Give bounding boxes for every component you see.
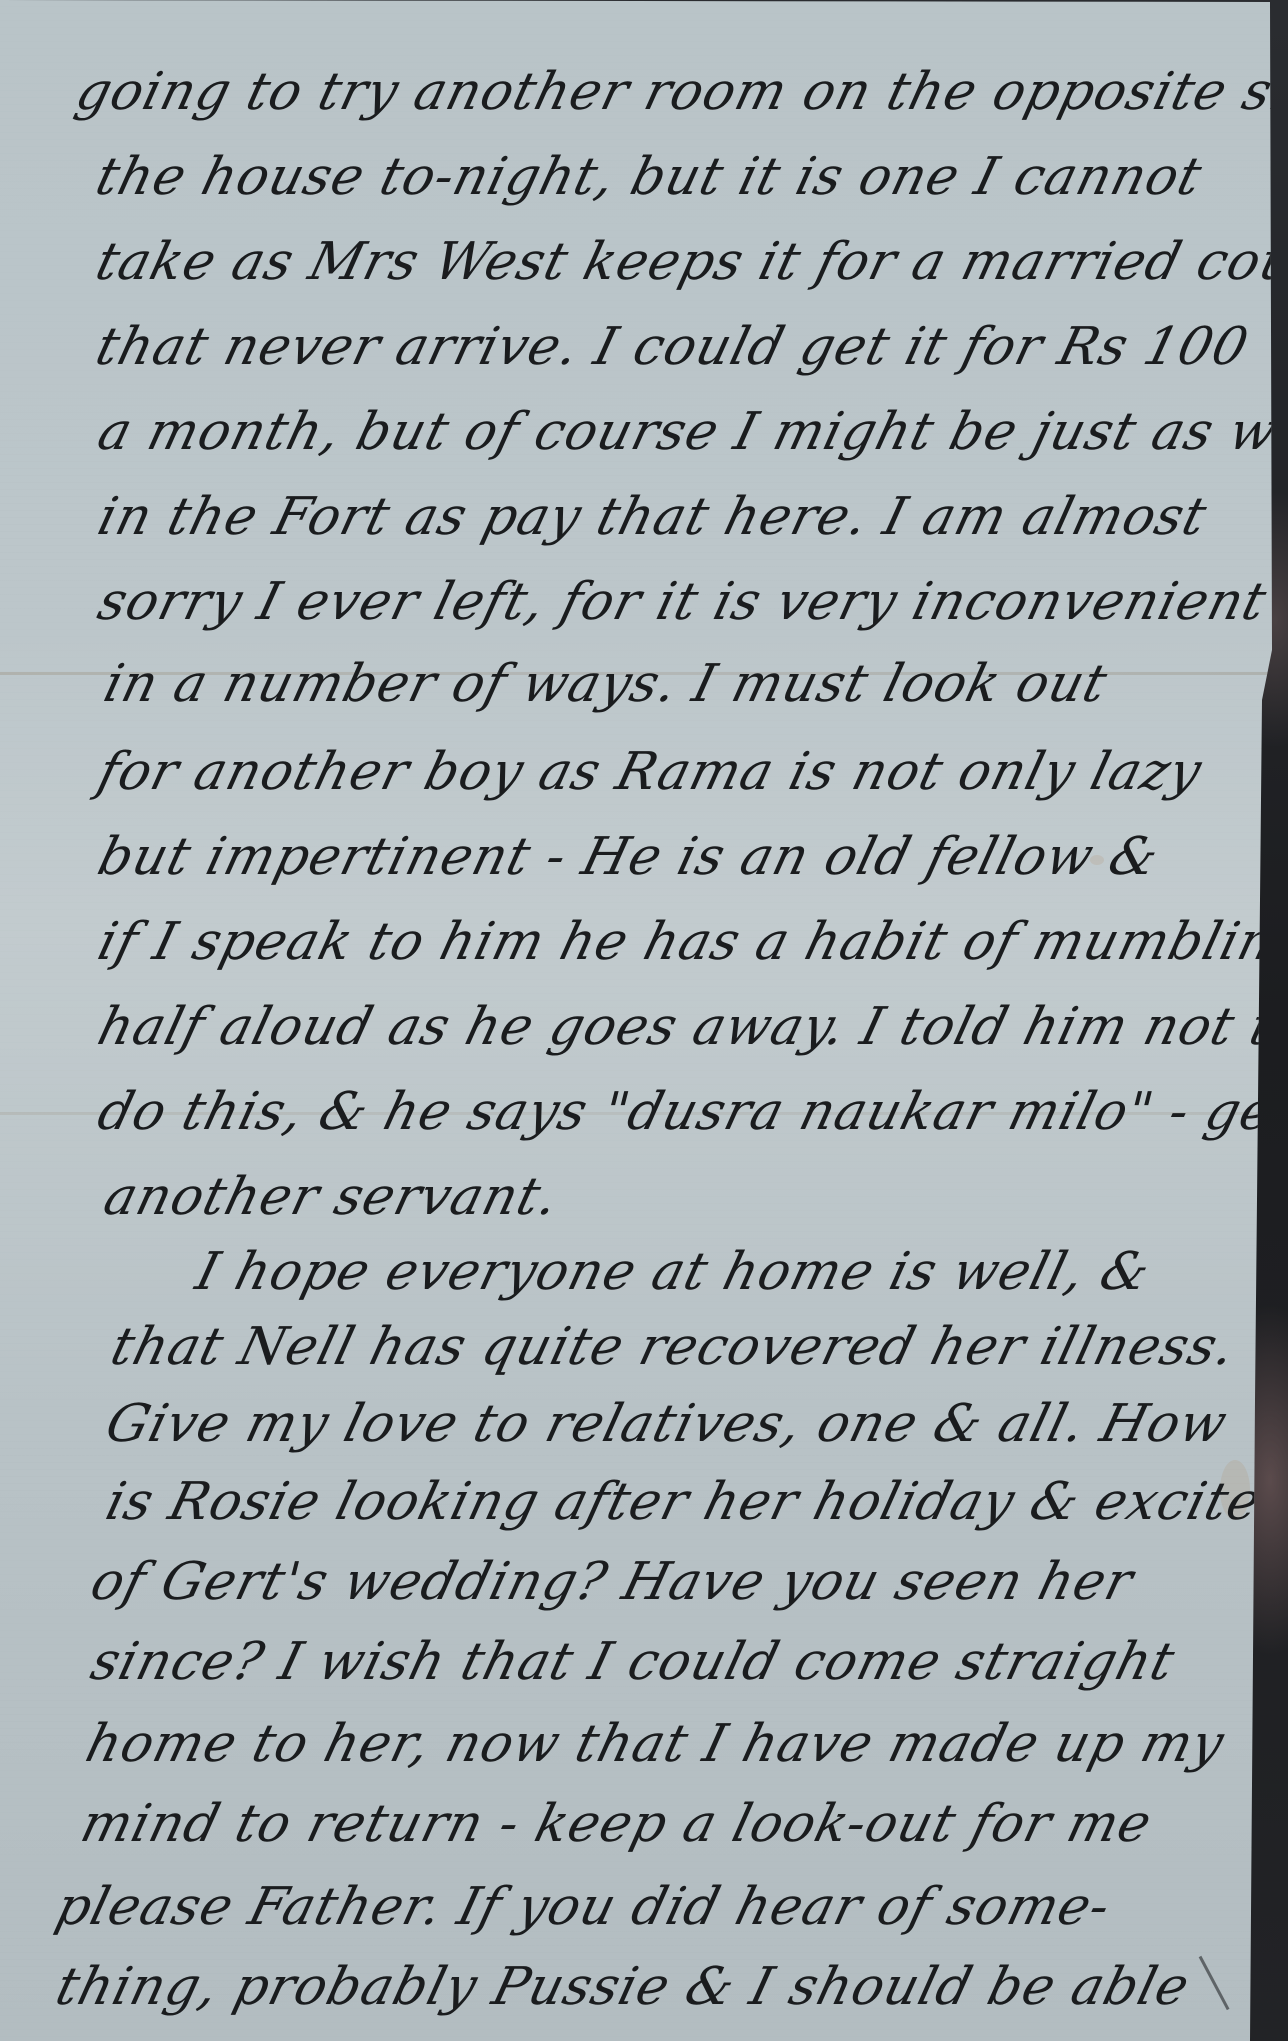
letter-line: sorry I ever left, for it is very inconv… bbox=[92, 572, 1273, 632]
letter-line: please Father. If you did hear of some- bbox=[50, 1877, 1117, 1937]
letter-line: a month, but of course I might be just a… bbox=[92, 402, 1288, 462]
letter-line: that never arrive. I could get it for Rs… bbox=[90, 317, 1255, 377]
letter-line: in a number of ways. I must look out bbox=[98, 654, 1114, 714]
letter-line: home to her, now that I have made up my bbox=[80, 1714, 1230, 1774]
letter-line: another servant. bbox=[98, 1167, 565, 1227]
letter-line: of Gert's wedding? Have you seen her bbox=[85, 1552, 1139, 1612]
letter-line: in the Fort as pay that here. I am almos… bbox=[92, 487, 1213, 547]
letter-line: that Nell has quite recovered her illnes… bbox=[105, 1317, 1242, 1377]
letter-line: mind to return - keep a look-out for me bbox=[75, 1794, 1158, 1854]
letter-line: but impertinent - He is an old fellow & bbox=[92, 827, 1165, 887]
letter-line: do this, & he says "dusra naukar milo" -… bbox=[92, 1082, 1288, 1142]
letter-line: for another boy as Rama is not only lazy bbox=[92, 742, 1208, 802]
letter-line: take as Mrs West keeps it for a married … bbox=[90, 232, 1288, 292]
letter-line: going to try another room on the opposit… bbox=[70, 62, 1288, 122]
letter-line: the house to-night, but it is one I cann… bbox=[90, 147, 1208, 207]
letter-line: Give my love to relatives, one & all. Ho… bbox=[100, 1394, 1233, 1454]
letter-line: I hope everyone at home is well, & bbox=[190, 1242, 1156, 1302]
pencil-mark bbox=[1199, 1956, 1230, 2010]
letter-line: thing, probably Pussie & I should be abl… bbox=[50, 1957, 1196, 2017]
letter-paper: going to try another room on the opposit… bbox=[0, 0, 1272, 2041]
letter-line: if I speak to him he has a habit of mumb… bbox=[92, 912, 1288, 972]
letter-line: half aloud as he goes away. I told him n… bbox=[92, 997, 1288, 1057]
letter-line: is Rosie looking after her holiday & exc… bbox=[100, 1472, 1288, 1532]
letter-line: since? I wish that I could come straight bbox=[85, 1632, 1181, 1692]
